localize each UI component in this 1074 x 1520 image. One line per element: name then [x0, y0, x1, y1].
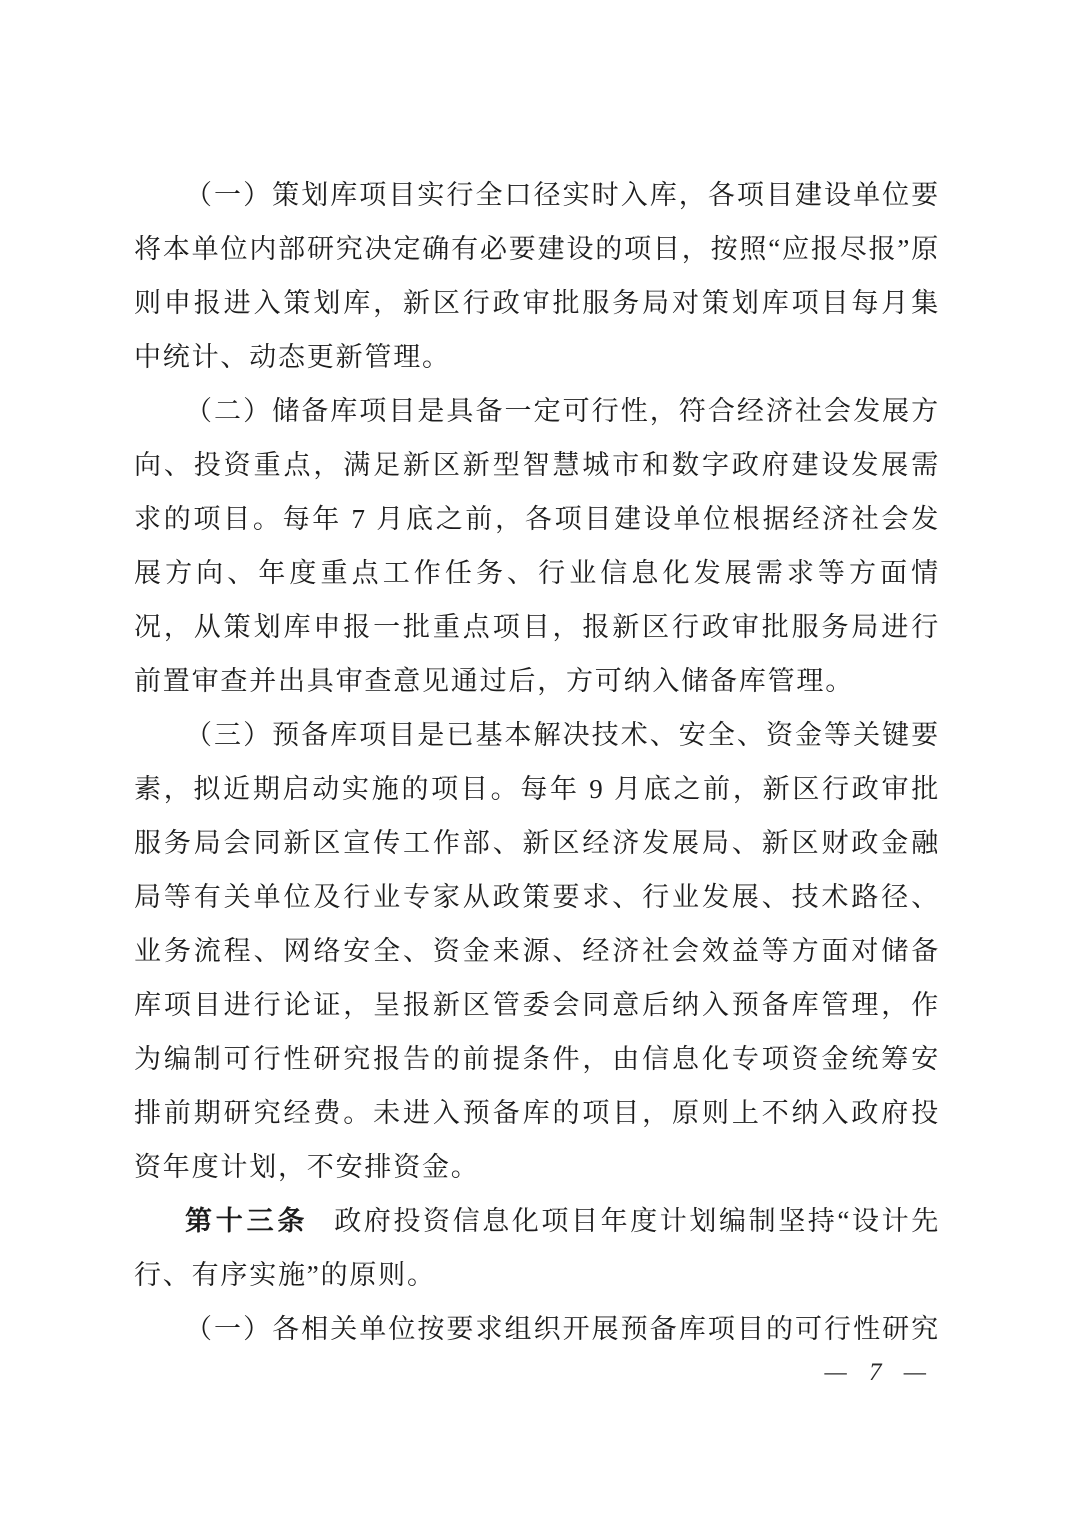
document-page: （一）策划库项目实行全口径实时入库，各项目建设单位要将本单位内部研究决定确有必要… [0, 0, 1074, 1520]
document-body: （一）策划库项目实行全口径实时入库，各项目建设单位要将本单位内部研究决定确有必要… [134, 168, 940, 1356]
clause-3-paragraph: （三）预备库项目是已基本解决技术、安全、资金等关键要素，拟近期启动实施的项目。每… [134, 708, 940, 1194]
article-13-label: 第十三条 [185, 1206, 308, 1236]
clause-2-paragraph: （二）储备库项目是具备一定可行性，符合经济社会发展方向、投资重点，满足新区新型智… [134, 384, 940, 708]
page-number: — 7 — [825, 1358, 934, 1388]
article-13-paragraph: 第十三条政府投资信息化项目年度计划编制坚持“设计先行、有序实施”的原则。 [134, 1194, 940, 1302]
clause-1-paragraph: （一）策划库项目实行全口径实时入库，各项目建设单位要将本单位内部研究决定确有必要… [134, 168, 940, 384]
clause-continuation-paragraph: （一）各相关单位按要求组织开展预备库项目的可行性研究 [134, 1302, 940, 1356]
